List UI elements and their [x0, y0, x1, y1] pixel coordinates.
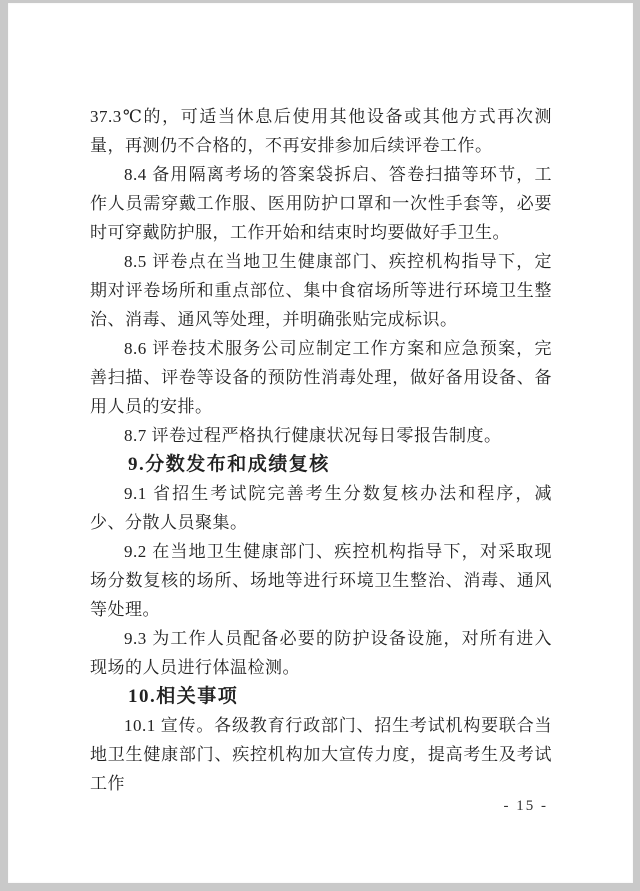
paragraph: 9.2 在当地卫生健康部门、疾控机构指导下，对采取现场分数复核的场所、场地等进行… [90, 537, 552, 624]
paragraph: 8.7 评卷过程严格执行健康状况每日零报告制度。 [90, 421, 552, 450]
document-viewport: 37.3℃的，可适当休息后使用其他设备或其他方式再次测量，再测仍不合格的，不再安… [0, 0, 640, 891]
section-heading: 9.分数发布和成绩复核 [90, 450, 552, 479]
paragraph: 8.5 评卷点在当地卫生健康部门、疾控机构指导下，定期对评卷场所和重点部位、集中… [90, 247, 552, 334]
section-heading: 10.相关事项 [90, 682, 552, 711]
paragraph: 37.3℃的，可适当休息后使用其他设备或其他方式再次测量，再测仍不合格的，不再安… [90, 102, 552, 160]
page-number: - 15 - [504, 798, 549, 815]
paragraph: 10.1 宣传。各级教育行政部门、招生考试机构要联合当地卫生健康部门、疾控机构加… [90, 711, 552, 798]
page-text-content: 37.3℃的，可适当休息后使用其他设备或其他方式再次测量，再测仍不合格的，不再安… [90, 102, 552, 798]
paragraph: 9.1 省招生考试院完善考生分数复核办法和程序，减少、分散人员聚集。 [90, 479, 552, 537]
paragraph: 9.3 为工作人员配备必要的防护设备设施，对所有进入现场的人员进行体温检测。 [90, 624, 552, 682]
document-page: 37.3℃的，可适当休息后使用其他设备或其他方式再次测量，再测仍不合格的，不再安… [8, 3, 633, 883]
paragraph: 8.4 备用隔离考场的答案袋拆启、答卷扫描等环节，工作人员需穿戴工作服、医用防护… [90, 160, 552, 247]
paragraph: 8.6 评卷技术服务公司应制定工作方案和应急预案，完善扫描、评卷等设备的预防性消… [90, 334, 552, 421]
